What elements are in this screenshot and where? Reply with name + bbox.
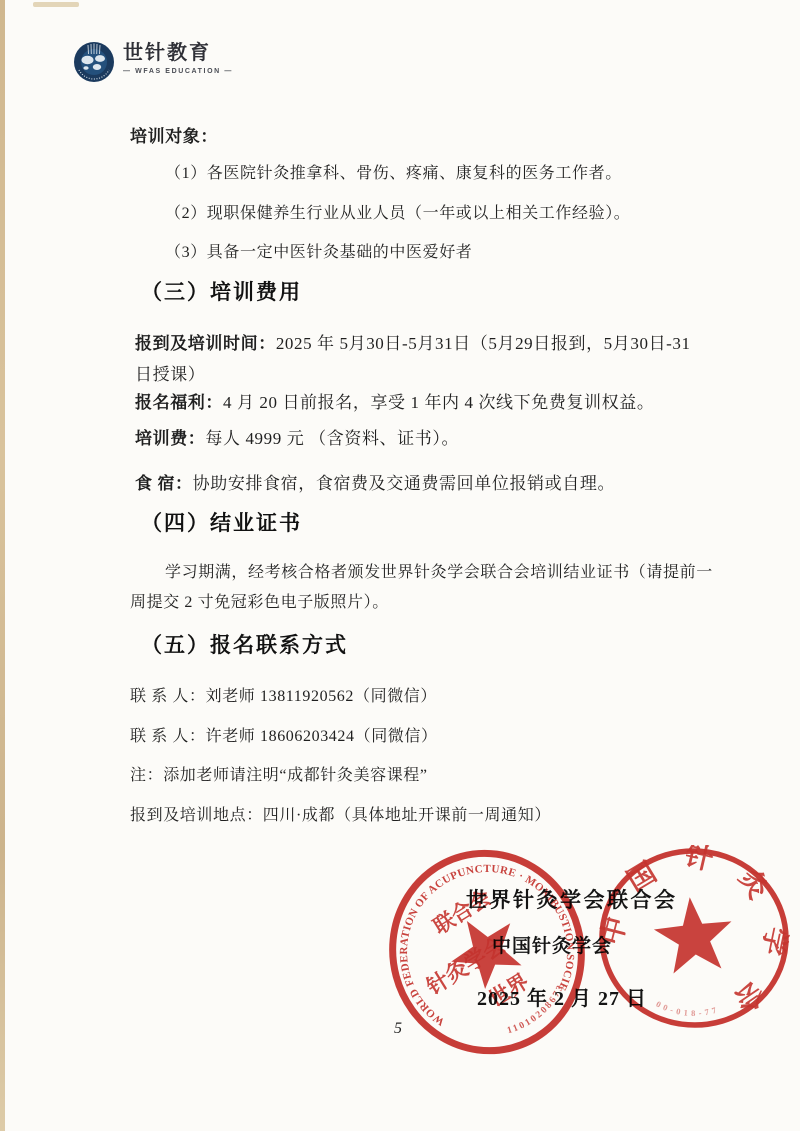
fee-line: 食 宿：协助安排食宿，食宿费及交通费需回单位报销或自理。 bbox=[135, 473, 615, 495]
audience-heading: 培训对象： bbox=[130, 126, 218, 148]
audience-item: （1）各医院针灸推拿科、骨伤、疼痛、康复科的医务工作者。 bbox=[165, 163, 622, 185]
fee-line: 报名福利：4 月 20 日前报名，享受 1 年内 4 次线下免费复训权益。 bbox=[135, 392, 654, 414]
contact-line: 注：添加老师请注明“成都针灸美容课程” bbox=[130, 765, 428, 787]
fee-line-text: 每人 4999 元 （含资料、证书）。 bbox=[205, 429, 459, 448]
globe-needles-icon bbox=[73, 41, 115, 83]
fee-line-text: 2025 年 5月30日-5月31日（5月29日报到，5月30日-31 bbox=[276, 334, 691, 353]
fee-line: 报到及培训时间：2025 年 5月30日-5月31日（5月29日报到，5月30日… bbox=[135, 333, 691, 355]
audience-item: （2）现职保健养生行业从业人员（一年或以上相关工作经验）。 bbox=[165, 203, 630, 225]
star-icon bbox=[651, 895, 733, 977]
audience-item: （3）具备一定中医针灸基础的中医爱好者 bbox=[165, 242, 472, 264]
section-title-fees: （三）培训费用 bbox=[141, 281, 302, 303]
logo-subtitle: — WFAS EDUCATION — bbox=[123, 68, 233, 75]
wfas-stamp: WORLD FEDERATION OF ACUPUNCTURE · MOXIBU… bbox=[386, 848, 590, 1060]
section-title-certificate: （四）结业证书 bbox=[141, 512, 302, 534]
contact-line: 联 系 人：许老师 18606203424（同微信） bbox=[130, 726, 438, 748]
fee-line: 日授课） bbox=[135, 364, 205, 386]
fee-line-text: 日授课） bbox=[135, 365, 205, 384]
fee-line-label: 培训费： bbox=[135, 429, 205, 448]
fee-line-label: 食 宿： bbox=[135, 474, 193, 493]
wfas-stamp-inner-row: 联合会 bbox=[429, 885, 495, 939]
section-title-contact: （五）报名联系方式 bbox=[141, 634, 348, 656]
wfas-stamp-inner-row: 世界 bbox=[484, 969, 532, 1012]
scan-mark-artifact bbox=[33, 2, 79, 7]
contact-line: 报到及培训地点：四川·成都（具体地址开课前一周通知） bbox=[130, 805, 551, 827]
logo-title: 世针教育 bbox=[123, 41, 233, 65]
contact-line: 联 系 人：刘老师 13811920562（同微信） bbox=[130, 686, 437, 708]
svg-text:00-018-77: 00-018-77 bbox=[654, 998, 722, 1020]
certificate-line: 周提交 2 寸免冠彩色电子版照片）。 bbox=[130, 592, 389, 614]
certificate-line: 学习期满，经考核合格者颁发世界针灸学会联合会培训结业证书（请提前一 bbox=[165, 562, 713, 584]
caam-stamp-serial: 00-018-77 bbox=[654, 998, 722, 1020]
fee-line: 培训费：每人 4999 元 （含资料、证书）。 bbox=[135, 428, 459, 450]
fee-line-text: 协助安排食宿，食宿费及交通费需回单位报销或自理。 bbox=[193, 474, 615, 493]
fee-line-label: 报名福利： bbox=[135, 393, 223, 412]
fee-line-label: 报到及培训时间： bbox=[135, 334, 276, 353]
page-number: 5 bbox=[394, 1020, 402, 1038]
caam-stamp: 中国针灸学会 00-018-77 bbox=[596, 845, 792, 1031]
scan-edge-artifact bbox=[0, 0, 5, 1131]
document-page: 世针教育 — WFAS EDUCATION — 培训对象： （1）各医院针灸推拿… bbox=[0, 0, 800, 1131]
logo: 世针教育 — WFAS EDUCATION — bbox=[73, 41, 233, 83]
fee-line-text: 4 月 20 日前报名，享受 1 年内 4 次线下免费复训权益。 bbox=[223, 393, 654, 412]
